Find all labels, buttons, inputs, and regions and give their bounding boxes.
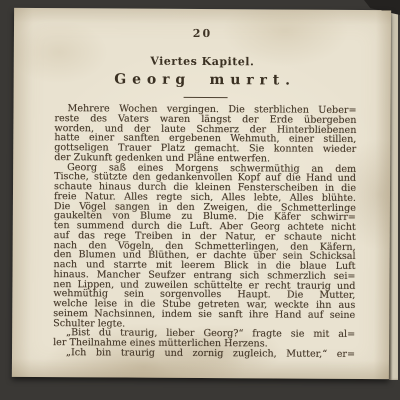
chapter-title: Georg murrt. <box>14 71 391 89</box>
paragraph: Georg saß eines Morgens schwermüthig an … <box>53 163 356 331</box>
photo-background: 20 Viertes Kapitel. Georg murrt. Mehrere… <box>0 0 400 400</box>
page-number: 20 <box>14 26 391 41</box>
body-text: Mehrere Wochen vergingen. Die sterbliche… <box>53 104 357 359</box>
paragraph: „Ich bin traurig und zornig zugleich, Mu… <box>53 348 355 360</box>
text-line: „Ich bin traurig und zornig zugleich, Mu… <box>53 348 355 360</box>
book-page: 20 Viertes Kapitel. Georg murrt. Mehrere… <box>12 8 391 379</box>
heading-divider <box>183 97 227 98</box>
chapter-heading: Viertes Kapitel. <box>14 54 391 69</box>
paragraph: Mehrere Wochen vergingen. Die sterbliche… <box>54 104 356 164</box>
